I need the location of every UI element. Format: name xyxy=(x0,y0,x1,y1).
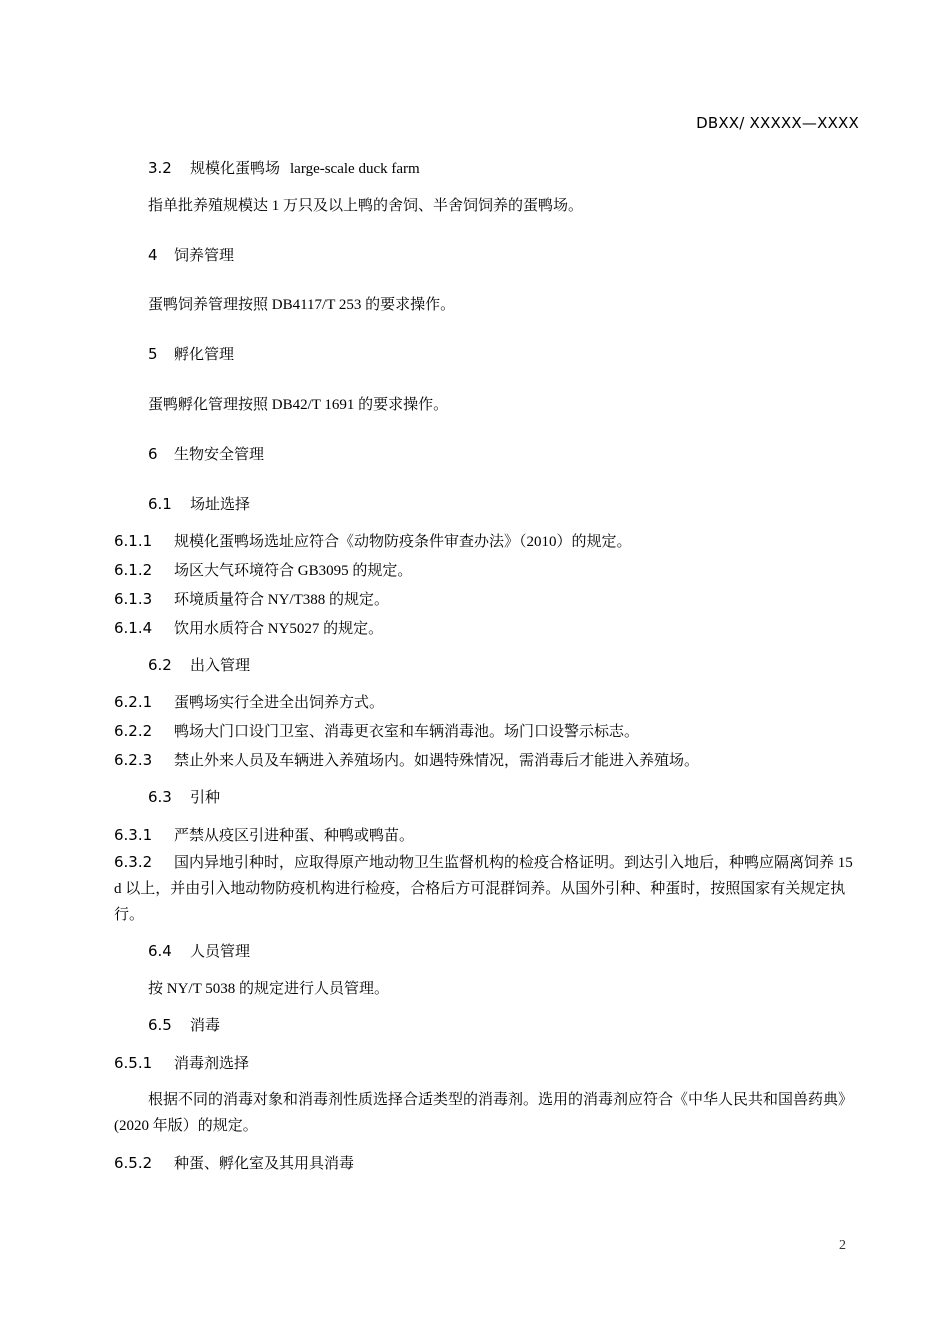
clause-number: 6.2.3 xyxy=(114,751,174,769)
section-title: 生物安全管理 xyxy=(174,445,264,463)
section-body-6-4: 按 NY/T 5038 的规定进行人员管理。 xyxy=(148,977,389,998)
section-heading-4: 4饲养管理 xyxy=(148,244,234,265)
section-number: 4 xyxy=(148,246,174,264)
document-code: DBXX/ XXXXX—XXXX xyxy=(696,114,859,132)
section-heading-5: 5孵化管理 xyxy=(148,343,234,364)
clause-6-3-2: 6.3.2国内异地引种时，应取得原产地动物卫生监督机构的检疫合格证明。到达引入地… xyxy=(114,849,862,928)
section-heading-6-3: 6.3引种 xyxy=(148,786,220,807)
clause-text: 规模化蛋鸭场选址应符合《动物防疫条件审查办法》（2010）的规定。 xyxy=(174,534,632,550)
section-number: 6.5 xyxy=(148,1016,190,1034)
section-title: 出入管理 xyxy=(190,656,250,674)
term-title-en: large-scale duck farm xyxy=(290,161,420,177)
clause-text: 严禁从疫区引进种蛋、种鸭或鸭苗。 xyxy=(174,828,414,844)
section-title: 饲养管理 xyxy=(174,246,234,264)
term-title: 规模化蛋鸭场 xyxy=(190,159,280,177)
clause-6-2-3: 6.2.3禁止外来人员及车辆进入养殖场内。如遇特殊情况，需消毒后才能进入养殖场。 xyxy=(114,749,699,770)
clause-6-2-1: 6.2.1蛋鸭场实行全进全出饲养方式。 xyxy=(114,691,384,712)
section-heading-6-5-2: 6.5.2种蛋、孵化室及其用具消毒 xyxy=(114,1152,354,1173)
section-number: 6.1 xyxy=(148,495,190,513)
section-heading-6: 6生物安全管理 xyxy=(148,443,264,464)
clause-number: 6.2.1 xyxy=(114,693,174,711)
clause-number: 6.2.2 xyxy=(114,722,174,740)
clause-number: 6.1.3 xyxy=(114,590,174,608)
clause-6-1-2: 6.1.2场区大气环境符合 GB3095 的规定。 xyxy=(114,559,412,580)
section-number: 3.2 xyxy=(148,159,190,177)
clause-number: 6.1.1 xyxy=(114,532,174,550)
section-heading-6-5: 6.5消毒 xyxy=(148,1014,220,1035)
section-body-4: 蛋鸭饲养管理按照 DB4117/T 253 的要求操作。 xyxy=(148,293,455,314)
clause-6-1-4: 6.1.4饮用水质符合 NY5027 的规定。 xyxy=(114,617,383,638)
section-body-6-5-1: 根据不同的消毒对象和消毒剂性质选择合适类型的消毒剂。选用的消毒剂应符合《中华人民… xyxy=(114,1087,862,1139)
term-definition: 指单批养殖规模达 1 万只及以上鸭的舍饲、半舍饲饲养的蛋鸭场。 xyxy=(148,194,583,215)
clause-text: 饮用水质符合 NY5027 的规定。 xyxy=(174,621,383,637)
clause-6-1-1: 6.1.1规模化蛋鸭场选址应符合《动物防疫条件审查办法》（2010）的规定。 xyxy=(114,530,632,551)
section-number: 6 xyxy=(148,445,174,463)
section-number: 5 xyxy=(148,345,174,363)
clause-6-2-2: 6.2.2鸭场大门口设门卫室、消毒更衣室和车辆消毒池。场门口设警示标志。 xyxy=(114,720,639,741)
section-heading-6-5-1: 6.5.1消毒剂选择 xyxy=(114,1052,249,1073)
section-number: 6.3 xyxy=(148,788,190,806)
section-heading-6-4: 6.4人员管理 xyxy=(148,940,250,961)
section-number: 6.5.1 xyxy=(114,1054,174,1072)
clause-number: 6.3.2 xyxy=(114,849,174,875)
section-body-5: 蛋鸭孵化管理按照 DB42/T 1691 的要求操作。 xyxy=(148,393,448,414)
section-number: 6.5.2 xyxy=(114,1154,174,1172)
term-heading-3-2: 3.2规模化蛋鸭场large-scale duck farm xyxy=(148,157,420,178)
clause-text: 场区大气环境符合 GB3095 的规定。 xyxy=(174,563,412,579)
clause-6-3-1: 6.3.1严禁从疫区引进种蛋、种鸭或鸭苗。 xyxy=(114,824,414,845)
section-title: 消毒剂选择 xyxy=(174,1054,249,1072)
clause-text: 国内异地引种时，应取得原产地动物卫生监督机构的检疫合格证明。到达引入地后，种鸭应… xyxy=(114,855,853,923)
clause-number: 6.1.4 xyxy=(114,619,174,637)
section-heading-6-2: 6.2出入管理 xyxy=(148,654,250,675)
clause-text: 禁止外来人员及车辆进入养殖场内。如遇特殊情况，需消毒后才能进入养殖场。 xyxy=(174,753,699,769)
section-title: 消毒 xyxy=(190,1016,220,1034)
clause-number: 6.3.1 xyxy=(114,826,174,844)
section-title: 人员管理 xyxy=(190,942,250,960)
clause-text: 鸭场大门口设门卫室、消毒更衣室和车辆消毒池。场门口设警示标志。 xyxy=(174,724,639,740)
section-title: 引种 xyxy=(190,788,220,806)
page-number: 2 xyxy=(839,1238,846,1254)
section-title: 孵化管理 xyxy=(174,345,234,363)
clause-6-1-3: 6.1.3环境质量符合 NY/T388 的规定。 xyxy=(114,588,389,609)
section-title: 场址选择 xyxy=(190,495,250,513)
section-number: 6.2 xyxy=(148,656,190,674)
clause-text: 蛋鸭场实行全进全出饲养方式。 xyxy=(174,695,384,711)
clause-text: 环境质量符合 NY/T388 的规定。 xyxy=(174,592,389,608)
section-number: 6.4 xyxy=(148,942,190,960)
document-page: DBXX/ XXXXX—XXXX 3.2规模化蛋鸭场large-scale du… xyxy=(0,0,950,1344)
clause-number: 6.1.2 xyxy=(114,561,174,579)
section-title: 种蛋、孵化室及其用具消毒 xyxy=(174,1154,354,1172)
section-heading-6-1: 6.1场址选择 xyxy=(148,493,250,514)
